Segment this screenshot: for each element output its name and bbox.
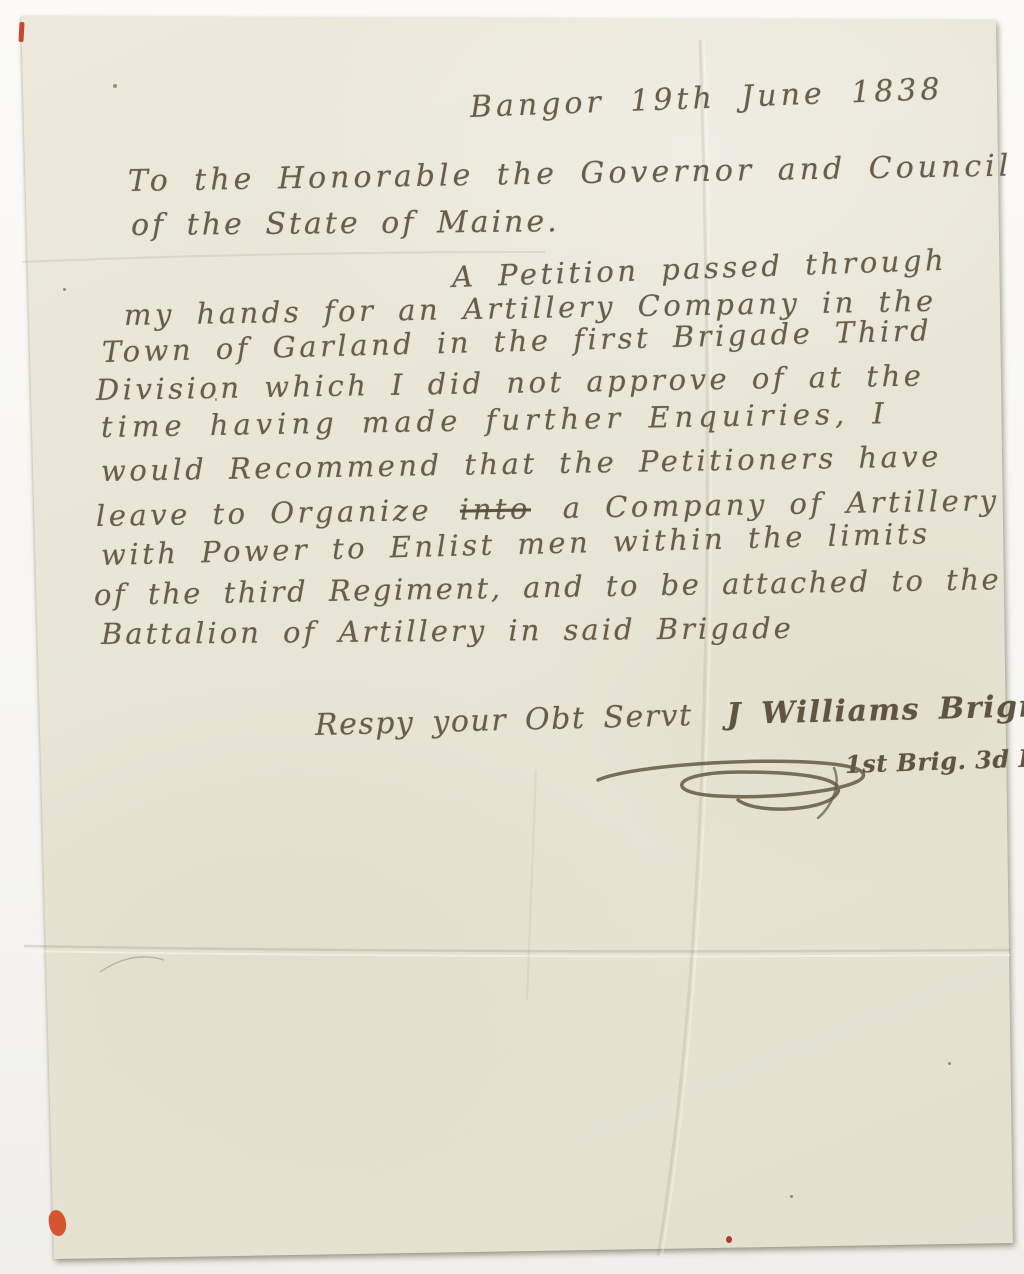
signature-flourish [590, 748, 900, 823]
body-line-7-pre: leave to Organize [96, 493, 433, 533]
red-mark-top-left [18, 22, 24, 42]
red-speck-bottom [726, 1236, 732, 1243]
scanned-letter: Bangor 19th June 1838 To the Honorable t… [0, 0, 1024, 1274]
ink-speck [790, 1195, 793, 1198]
ink-speck [63, 288, 66, 291]
salutation-line-2: of the State of Maine. [131, 204, 560, 243]
ink-speck [113, 84, 117, 88]
ink-speck [948, 1062, 951, 1065]
struck-word: into [460, 491, 532, 526]
body-line-10: Battalion of Artillery in said Brigade [101, 611, 794, 651]
